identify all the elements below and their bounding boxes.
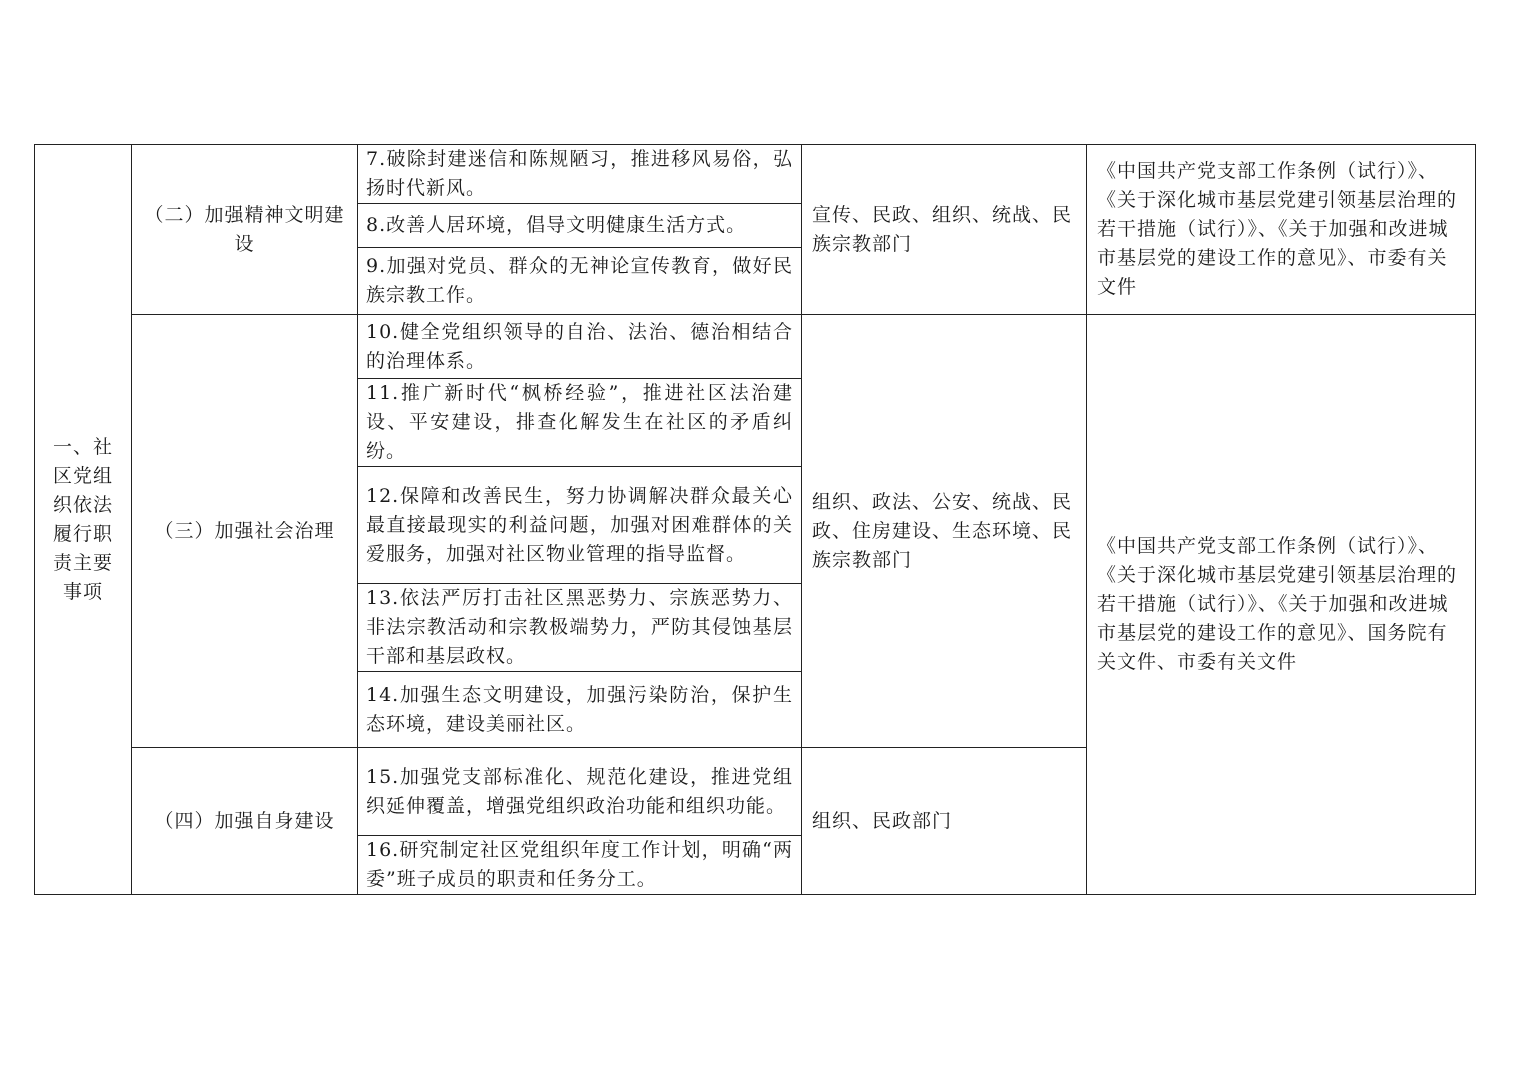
table-row: 一、社区党组织依法履行职责主要事项 （二）加强精神文明建设 7.破除封建迷信和陈… [35,145,1476,204]
main-category-cell: 一、社区党组织依法履行职责主要事项 [35,145,132,895]
table-row: （三）加强社会治理 10.健全党组织领导的自治、法治、德治相结合的治理体系。 组… [35,315,1476,379]
item-9: 9.加强对党员、群众的无神论宣传教育，做好民族宗教工作。 [358,248,802,315]
item-8: 8.改善人居环境，倡导文明健康生活方式。 [358,204,802,248]
item-13: 13.依法严厉打击社区黑恶势力、宗族恶势力、非法宗教活动和宗教极端势力，严防其侵… [358,584,802,672]
duties-table: 一、社区党组织依法履行职责主要事项 （二）加强精神文明建设 7.破除封建迷信和陈… [34,144,1476,895]
section-title-4: （四）加强自身建设 [132,748,358,895]
basis-section-3-4: 《中国共产党支部工作条例（试行）》、《关于深化城市基层党建引领基层治理的若干措施… [1087,315,1476,895]
item-11: 11.推广新时代“枫桥经验”，推进社区法治建设、平安建设，排查化解发生在社区的矛… [358,379,802,467]
item-14: 14.加强生态文明建设，加强污染防治，保护生态环境，建设美丽社区。 [358,672,802,748]
departments-section-2: 宣传、民政、组织、统战、民族宗教部门 [802,145,1087,315]
item-15: 15.加强党支部标准化、规范化建设，推进党组织延伸覆盖，增强党组织政治功能和组织… [358,748,802,836]
item-10: 10.健全党组织领导的自治、法治、德治相结合的治理体系。 [358,315,802,379]
departments-section-4: 组织、民政部门 [802,748,1087,895]
item-16: 16.研究制定社区党组织年度工作计划，明确“两委”班子成员的职责和任务分工。 [358,836,802,895]
section-title-3: （三）加强社会治理 [132,315,358,748]
departments-section-3: 组织、政法、公安、统战、民政、住房建设、生态环境、民族宗教部门 [802,315,1087,748]
section-title-2: （二）加强精神文明建设 [132,145,358,315]
basis-section-2: 《中国共产党支部工作条例（试行）》、《关于深化城市基层党建引领基层治理的若干措施… [1087,145,1476,315]
item-7: 7.破除封建迷信和陈规陋习，推进移风易俗，弘扬时代新风。 [358,145,802,204]
item-12: 12.保障和改善民生，努力协调解决群众最关心最直接最现实的利益问题，加强对困难群… [358,467,802,584]
